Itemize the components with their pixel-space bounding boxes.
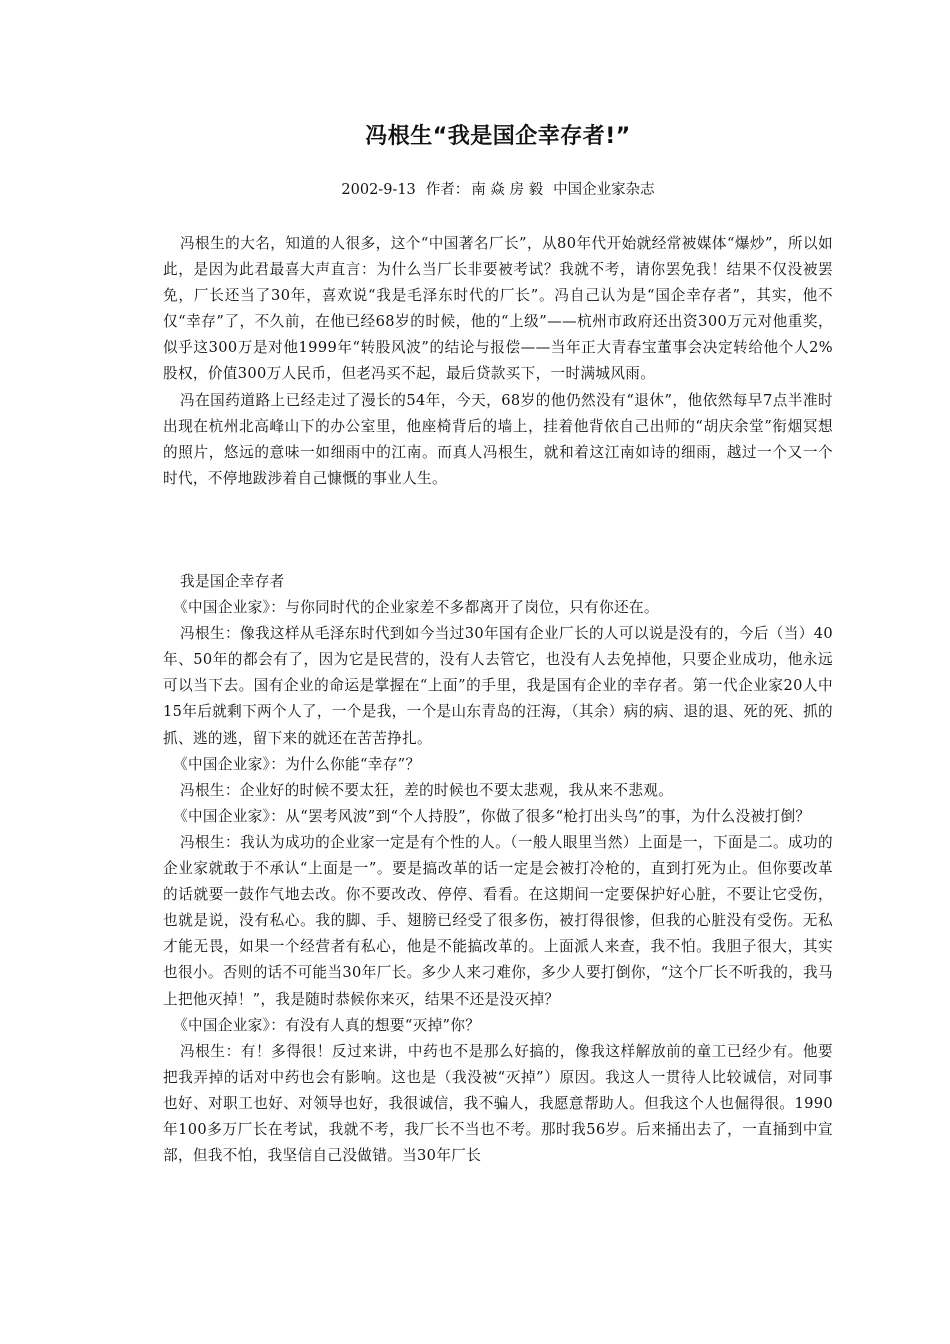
interview-section: 我是国企幸存者 《中国企业家》：与你同时代的企业家差不多都离开了岗位，只有你还在… (163, 569, 833, 1169)
intro-paragraph: 冯在国药道路上已经走过了漫长的54年，今天，68岁的他仍然没有“退休”，他依然每… (163, 388, 833, 492)
interview-answer: 冯根生：我认为成功的企业家一定是有个性的人。（一般人眼里当然）上面是一，下面是二… (163, 830, 833, 1013)
speaker-label: 冯根生： (180, 625, 240, 642)
section-heading: 我是国企幸存者 (163, 569, 833, 595)
intro-section: 冯根生的大名，知道的人很多，这个“中国著名厂长”，从80年代开始就经常被媒体“爆… (163, 231, 833, 492)
interview-question: 《中国企业家》：从“罢考风波”到“个人持股”，你做了很多“枪打出头鸟”的事，为什… (163, 804, 833, 830)
interview-text: 有没有人真的想要“灭掉”你？ (285, 1017, 480, 1034)
interview-text: 我认为成功的企业家一定是有个性的人。（一般人眼里当然）上面是一，下面是二。成功的… (163, 834, 833, 1008)
interview-text: 像我这样从毛泽东时代到如今当过30年国有企业厂长的人可以说是没有的，今后（当）4… (163, 625, 833, 746)
interview-text: 为什么你能“幸存”？ (285, 756, 420, 773)
intro-paragraph: 冯根生的大名，知道的人很多，这个“中国著名厂长”，从80年代开始就经常被媒体“爆… (163, 231, 833, 388)
speaker-label: 冯根生： (180, 782, 240, 799)
interview-text: 与你同时代的企业家差不多都离开了岗位，只有你还在。 (285, 599, 659, 616)
article-authors: 南 焱 房 毅 (471, 182, 543, 198)
interview-question: 《中国企业家》：有没有人真的想要“灭掉”你？ (163, 1013, 833, 1039)
speaker-label: 冯根生： (180, 1043, 241, 1060)
interview-question: 《中国企业家》：为什么你能“幸存”？ (163, 752, 833, 778)
speaker-label: 《中国企业家》： (173, 756, 285, 773)
interview-text: 从“罢考风波”到“个人持股”，你做了很多“枪打出头鸟”的事，为什么没被打倒？ (285, 808, 810, 825)
interview-text: 企业好的时候不要太狂，差的时候也不要太悲观，我从来不悲观。 (240, 782, 673, 799)
speaker-label: 《中国企业家》： (173, 1017, 285, 1034)
speaker-label: 冯根生： (180, 834, 240, 851)
speaker-label: 《中国企业家》： (173, 808, 285, 825)
interview-answer: 冯根生：企业好的时候不要太狂，差的时候也不要太悲观，我从来不悲观。 (163, 778, 833, 804)
interview-question: 《中国企业家》：与你同时代的企业家差不多都离开了岗位，只有你还在。 (163, 595, 833, 621)
article-meta: 2002-9-13作者：南 焱 房 毅中国企业家杂志 (163, 178, 833, 202)
article-date: 2002-9-13 (341, 182, 415, 198)
author-label: 作者： (426, 182, 470, 198)
article-source: 中国企业家杂志 (553, 182, 655, 198)
interview-answer: 冯根生：有！多得很！反过来讲，中药也不是那么好搞的，像我这样解放前的童工已经少有… (163, 1039, 833, 1169)
article-title: 冯根生“我是国企幸存者!” (163, 120, 833, 154)
interview-answer: 冯根生：像我这样从毛泽东时代到如今当过30年国有企业厂长的人可以说是没有的，今后… (163, 621, 833, 751)
interview-text: 有！多得很！反过来讲，中药也不是那么好搞的，像我这样解放前的童工已经少有。他要把… (163, 1043, 833, 1164)
speaker-label: 《中国企业家》： (173, 599, 285, 616)
